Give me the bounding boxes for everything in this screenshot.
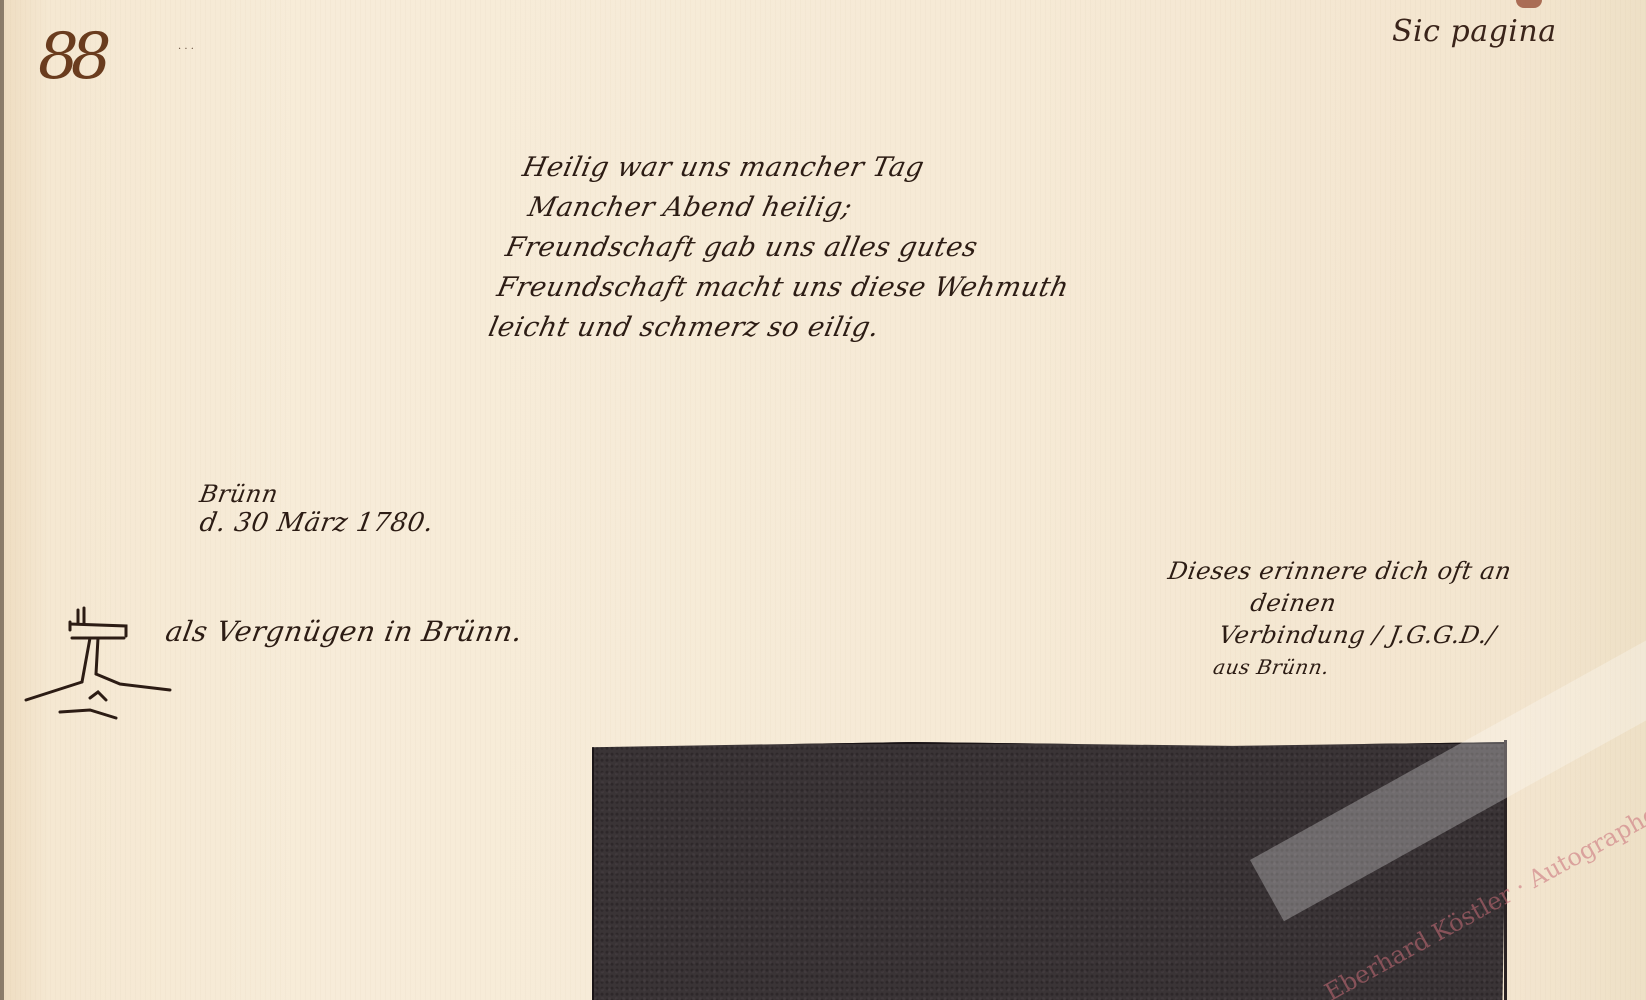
poem-line: Freundschaft gab uns alles gutes: [502, 228, 1081, 268]
poem-block: Heilig war uns mancher Tag Mancher Abend…: [485, 148, 1098, 348]
poem-line: Heilig war uns mancher Tag: [519, 148, 1098, 188]
dedication-line: Dieses erinnere dich oft an: [1166, 555, 1514, 587]
poem-line: leicht und schmerz so eilig.: [485, 308, 1064, 348]
dedication-line: deinen: [1160, 587, 1508, 619]
dedication-line: Verbindung / J.G.G.D./: [1154, 619, 1502, 651]
wax-seal-remnant: [1516, 0, 1542, 8]
place-name: Brünn: [198, 480, 281, 508]
poem-line: Mancher Abend heilig;: [510, 188, 1089, 228]
ink-specks: · · ·: [178, 44, 194, 55]
poem-line: Freundschaft macht uns diese Wehmuth: [493, 268, 1072, 308]
page-edge: [0, 0, 4, 1000]
top-right-note: Sic pagina: [1392, 14, 1557, 49]
grave-cross-icon: [20, 600, 180, 720]
grave-caption: als Vergnügen in Brünn.: [163, 615, 525, 648]
folio-number: 88: [38, 20, 103, 94]
manuscript-page: · · · 88 Sic pagina Heilig war uns manch…: [0, 0, 1646, 1000]
dedication-block: Dieses erinnere dich oft an deinen Verbi…: [1149, 555, 1514, 683]
dedication-line: aus Brünn.: [1149, 651, 1497, 683]
date-line: d. 30 März 1780.: [197, 508, 436, 538]
